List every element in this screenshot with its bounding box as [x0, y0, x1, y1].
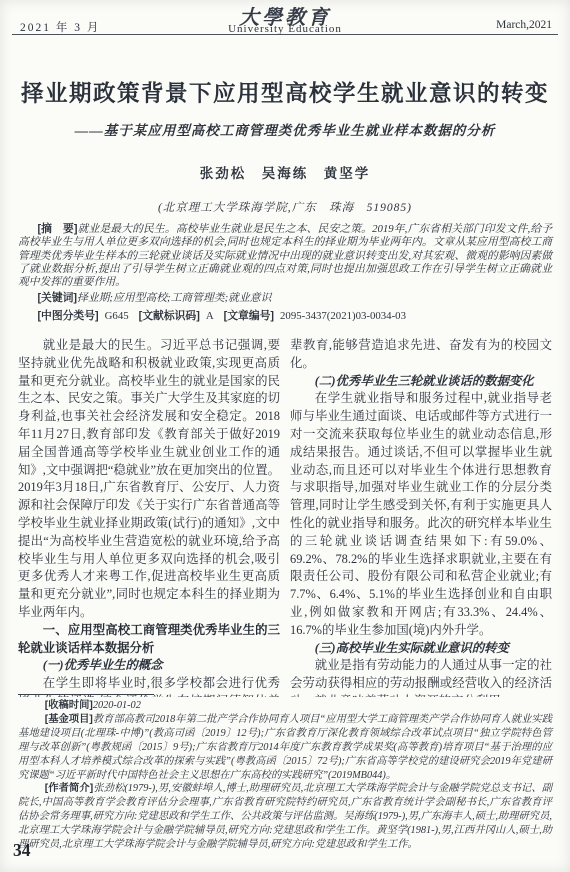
- abstract-label: [摘 要]: [37, 223, 77, 235]
- page-number: 34: [13, 840, 31, 861]
- footnote-list: [收稿时间]2020-01-02[基金项目]教育部高教司2018年第二批产学合作…: [18, 699, 552, 852]
- paragraph: (二)优秀毕业生三轮就业谈话的数据变化: [290, 373, 552, 391]
- article-title: 择业期政策背景下应用型高校学生就业意识的转变: [0, 76, 570, 108]
- abstract: [摘 要]就业是最大的民生。高校毕业生就业是民生之本、民安之策。2019年,广东…: [18, 223, 552, 289]
- article-body: 就业是最大的民生。习近平总书记强调,要坚持就业优先战略和积极就业政策,实现更高质…: [18, 337, 552, 697]
- classification-line: [中图分类号]G645[文献标识码]A[文章编号]2095-3437(2021)…: [18, 310, 552, 323]
- issue-date-en: March,2021: [496, 19, 552, 31]
- author-names: 张劲松 吴海练 黄坚学: [0, 162, 570, 182]
- doc-code-value: A: [206, 310, 214, 322]
- footnote-fund: [基金项目]教育部高教司2018年第二批产学合作协同育人项目“应用型大学工商管理…: [18, 713, 552, 783]
- footnote-label: [作者简介]: [45, 783, 93, 794]
- keywords-text: 择业期;应用型高校;工商管理类;就业意识: [77, 292, 271, 304]
- article-subtitle: ——基于某应用型高校工商管理类优秀毕业生就业样本数据的分析: [0, 119, 570, 139]
- footnote-divider: [18, 694, 154, 695]
- journal-page: 2021 年 3 月 大學教育 University Education Mar…: [0, 0, 570, 872]
- footnote-block: [收稿时间]2020-01-02[基金项目]教育部高教司2018年第二批产学合作…: [18, 694, 552, 852]
- header-divider: [12, 34, 558, 35]
- paragraph: 在学生就业指导和服务过程中,就业指导老师与毕业生通过面谈、电话或邮件等方式进行一…: [290, 390, 552, 639]
- abstract-text: 就业是最大的民生。高校毕业生就业是民生之本、民安之策。2019年,广东省相关部门…: [18, 223, 552, 288]
- doc-code-label: [文献标识码]: [139, 310, 200, 322]
- article-id-label: [文章编号]: [224, 310, 274, 322]
- footnote-label: [基金项目]: [45, 714, 93, 725]
- clc-value: G645: [105, 310, 129, 322]
- paragraph: 就业是指有劳动能力的人通过从事一定的社会劳动获得相应的劳动报酬或经营收入的经济活…: [290, 657, 552, 697]
- keywords-label: [关键词]: [37, 292, 77, 304]
- paragraph: (三)高校毕业生实际就业意识的转变: [290, 640, 552, 658]
- clc-label: [中图分类号]: [37, 310, 98, 322]
- keywords: [关键词]择业期;应用型高校;工商管理类;就业意识: [18, 292, 552, 305]
- article-id-value: 2095-3437(2021)03-0034-03: [280, 310, 406, 322]
- paragraph: 辈教育,能够营造追求先进、奋发有为的校园文化。: [290, 337, 552, 373]
- paragraph: 一、应用型高校工商管理类优秀毕业生的三轮就业谈话样本数据分析: [18, 622, 280, 658]
- author-affiliation: (北京理工大学珠海学院,广东 珠海 519085): [0, 199, 570, 215]
- footnote-bio: [作者简介]张劲松(1979-),男,安徽蚌埠人,博士,助理研究员,北京理工大学…: [18, 782, 552, 852]
- article-meta: [摘 要]就业是最大的民生。高校毕业生就业是民生之本、民安之策。2019年,广东…: [18, 223, 552, 323]
- footnote-label: [收稿时间]: [45, 700, 93, 711]
- body-column-right: 辈教育,能够营造追求先进、奋发有为的校园文化。(二)优秀毕业生三轮就业谈话的数据…: [290, 337, 552, 697]
- footnote-received: [收稿时间]2020-01-02: [18, 699, 552, 713]
- body-column-left: 就业是最大的民生。习近平总书记强调,要坚持就业优先战略和积极就业政策,实现更高质…: [18, 337, 280, 697]
- paragraph: (一)优秀毕业生的概念: [18, 657, 280, 675]
- paragraph: 就业是最大的民生。习近平总书记强调,要坚持就业优先战略和积极就业政策,实现更高质…: [18, 337, 280, 622]
